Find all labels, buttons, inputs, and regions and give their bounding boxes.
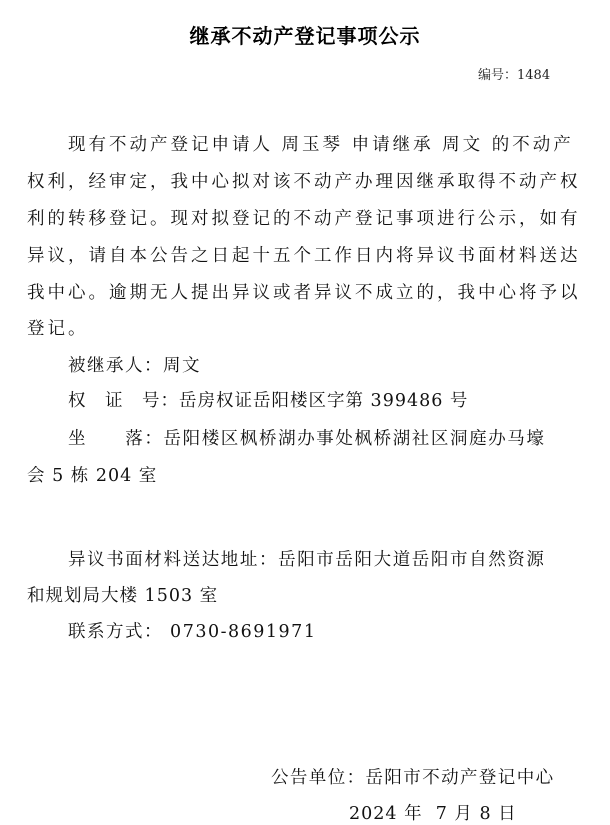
body-line-5: 我中心。逾期无人提出异议或者异议不成立的，我中心将予以	[27, 279, 581, 304]
body-line-6: 登记。	[27, 315, 89, 340]
contact-info: 联系方式： 0730-8691971	[68, 618, 316, 643]
document-number: 编号：1484	[478, 64, 550, 83]
objection-address-line-2: 和规划局大楼 1503 室	[27, 582, 218, 607]
body-line-2: 权利，经审定，我中心拟对该不动产办理因继承取得不动产权	[27, 168, 581, 193]
page-title: 继承不动产登记事项公示	[0, 20, 610, 49]
location-field-line-2: 会 5 栋 204 室	[27, 462, 157, 487]
body-line-1: 现有不动产登记申请人 周玉琴 申请继承 周文 的不动产	[68, 131, 574, 156]
objection-address-line-1: 异议书面材料送达地址：岳阳市岳阳大道岳阳市自然资源	[68, 546, 546, 571]
issue-date: 2024 年 7 月 8 日	[349, 800, 517, 825]
location-field-line-1: 坐 落：岳阳楼区枫桥湖办事处枫桥湖社区洞庭办马壕	[68, 425, 546, 450]
certificate-number-field: 权 证 号：岳房权证岳阳楼区字第 399486 号	[68, 387, 468, 412]
body-line-4: 异议，请自本公告之日起十五个工作日内将异议书面材料送达	[27, 242, 581, 267]
decedent-field: 被继承人：周文	[68, 352, 201, 377]
body-line-3: 利的转移登记。现对拟登记的不动产登记事项进行公示，如有	[27, 205, 581, 230]
issuer: 公告单位：岳阳市不动产登记中心	[271, 764, 555, 789]
